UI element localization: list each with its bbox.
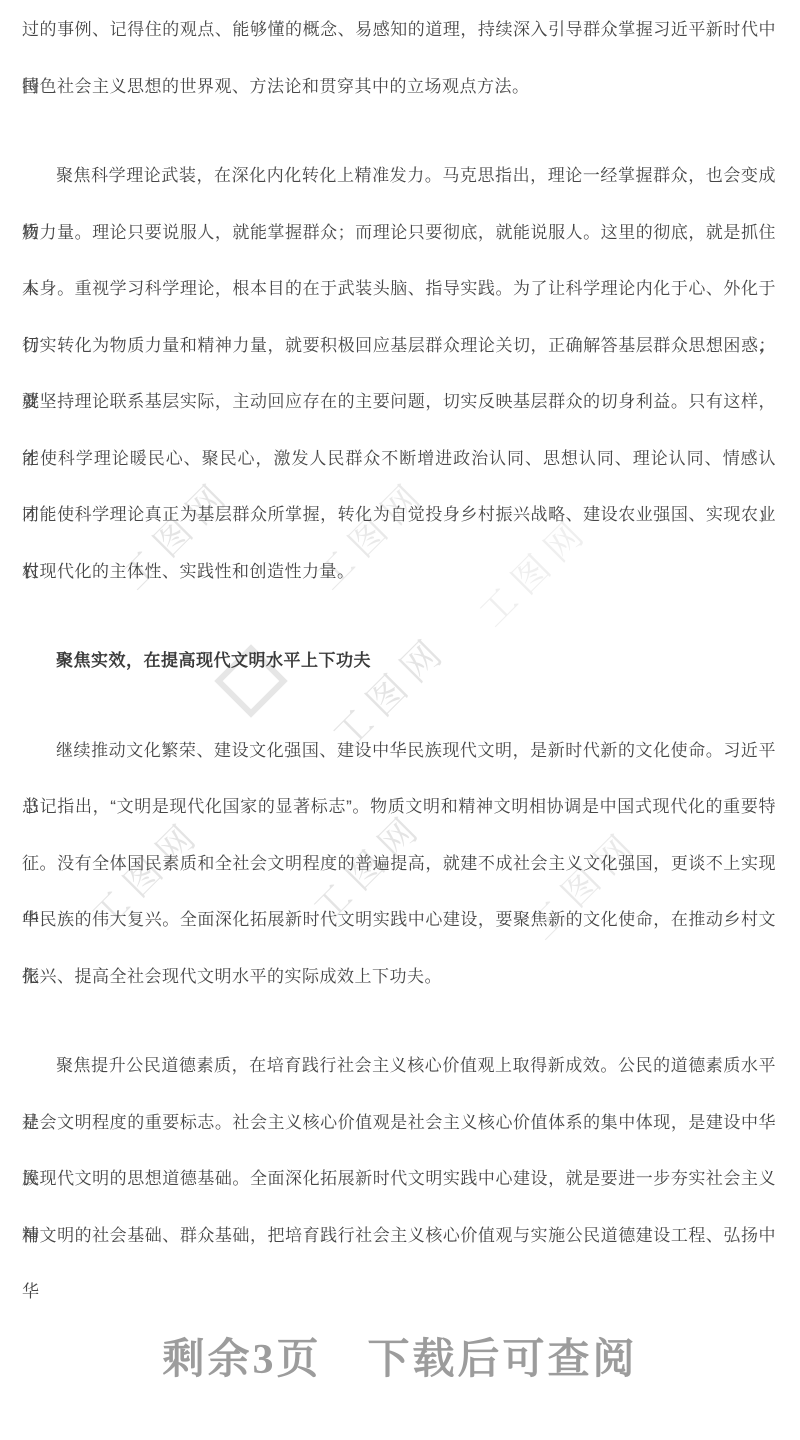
text-line: 本身。重视学习科学理论，根本目的在于武装头脑、指导实践。为了让科学理论内化于心、… — [22, 261, 776, 318]
pages-remaining-label: 剩余3页 — [162, 1330, 321, 1390]
text-line: 征。没有全体国民素质和全社会文明程度的普遍提高，就建不成社会主义文化强国，更谈不… — [22, 836, 776, 893]
text-line: 聚焦实效，在提高现代文明水平上下功夫 — [22, 633, 776, 690]
paragraph: 继续推动文化繁荣、建设文化强国、建设中华民族现代文明，是新时代新的文化使命。习近… — [22, 723, 776, 1006]
text-line: 社会文明程度的重要标志。社会主义核心价值观是社会主义核心价值体系的集中体现，是建… — [22, 1095, 776, 1152]
text-line: 继续推动文化繁荣、建设文化强国、建设中华民族现代文明，是新时代新的文化使命。习近… — [22, 723, 776, 780]
preview-footer: 剩余3页 下载后可查阅 — [0, 1330, 800, 1390]
text-line: 振兴、提高全社会现代文明水平的实际成效上下功夫。 — [22, 949, 776, 1006]
text-line: 特色社会主义思想的世界观、方法论和贯穿其中的立场观点方法。 — [22, 59, 776, 116]
text-line: 族现代文明的思想道德基础。全面深化拓展新时代文明实践中心建设，就是要进一步夯实社… — [22, 1151, 776, 1208]
document-page: 工图网 工图网 工图网 工图网 工图网 工图网 工图网 过的事例、记得住的观点、… — [0, 0, 800, 1440]
section-heading: 聚焦实效，在提高现代文明水平上下功夫 — [22, 633, 776, 690]
text-line: 才能使科学理论真正为基层群众所掌握，转化为自觉投身乡村振兴战略、建设农业强国、实… — [22, 487, 776, 544]
paragraph: 聚焦提升公民道德素质，在培育践行社会主义核心价值观上取得新成效。公民的道德素质水… — [22, 1038, 776, 1264]
text-line: 切实转化为物质力量和精神力量，就要积极回应基层群众理论关切，正确解答基层群众思想… — [22, 318, 776, 375]
text-line: 质力量。理论只要说服人，就能掌握群众；而理论只要彻底，就能说服人。这里的彻底，就… — [22, 205, 776, 262]
paragraph: 聚焦科学理论武装，在深化内化转化上精准发力。马克思指出，理论一经掌握群众，也会变… — [22, 148, 776, 600]
text-line: 聚焦提升公民道德素质，在培育践行社会主义核心价值观上取得新成效。公民的道德素质水… — [22, 1038, 776, 1095]
text-line: 神文明的社会基础、群众基础，把培育践行社会主义核心价值观与实施公民道德建设工程、… — [22, 1208, 776, 1265]
document-content: 过的事例、记得住的观点、能够懂的概念、易感知的道理，持续深入引导群众掌握习近平新… — [0, 0, 800, 1264]
text-line: 要坚持理论联系基层实际，主动回应存在的主要问题，切实反映基层群众的切身利益。只有… — [22, 374, 776, 431]
text-line: 聚焦科学理论武装，在深化内化转化上精准发力。马克思指出，理论一经掌握群众，也会变… — [22, 148, 776, 205]
text-line: 能使科学理论暖民心、聚民心，激发人民群众不断增进政治认同、思想认同、理论认同、情… — [22, 431, 776, 488]
download-hint-label: 下载后可查阅 — [368, 1330, 638, 1390]
paragraph: 过的事例、记得住的观点、能够懂的概念、易感知的道理，持续深入引导群众掌握习近平新… — [22, 2, 776, 115]
text-line: 村现代化的主体性、实践性和创造性力量。 — [22, 544, 776, 601]
text-line: 过的事例、记得住的观点、能够懂的概念、易感知的道理，持续深入引导群众掌握习近平新… — [22, 2, 776, 59]
text-line: 华民族的伟大复兴。全面深化拓展新时代文明实践中心建设，要聚焦新的文化使命，在推动… — [22, 892, 776, 949]
text-line: 书记指出，“文明是现代化国家的显著标志”。物质文明和精神文明相协调是中国式现代化… — [22, 779, 776, 836]
